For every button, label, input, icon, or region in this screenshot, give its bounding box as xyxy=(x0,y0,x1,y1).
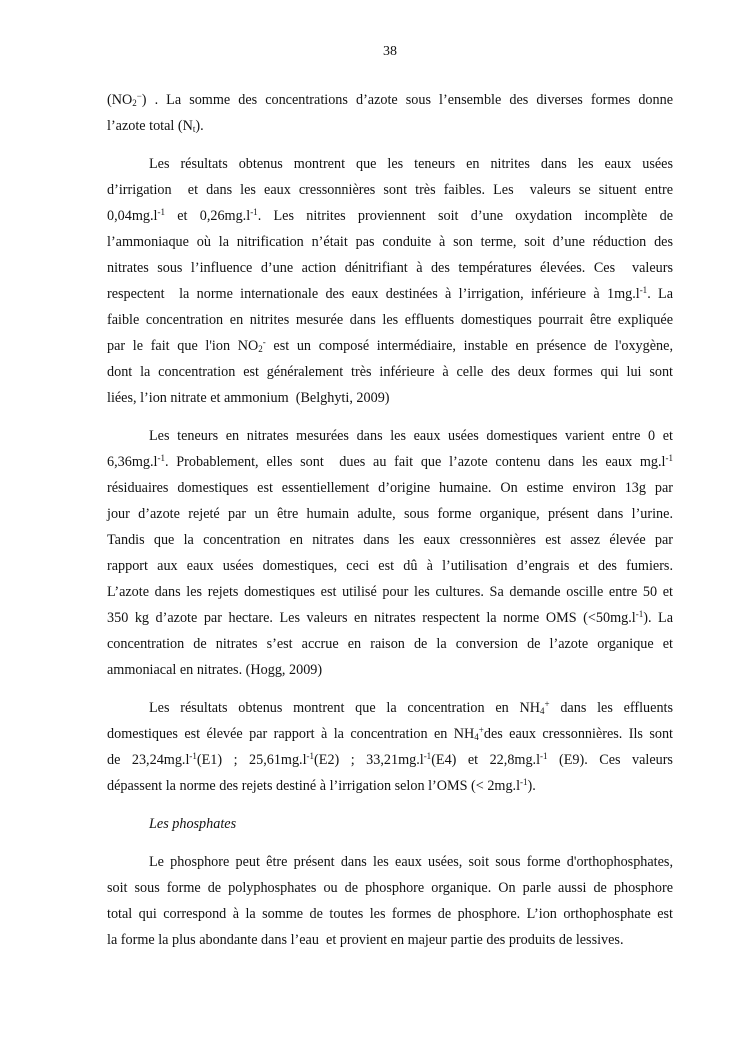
text-line: respectent la norme internationale des e… xyxy=(107,285,673,303)
text-line: jour d’azote rejeté par un être humain a… xyxy=(107,505,673,523)
text-line: concentration de nitrates s’est accrue e… xyxy=(107,635,673,653)
text-line: Le phosphore peut être présent dans les … xyxy=(149,853,673,871)
text-line: la forme la plus abondante dans l’eau et… xyxy=(107,931,673,949)
page-number: 38 xyxy=(0,44,745,60)
section-heading: Les phosphates xyxy=(149,815,673,833)
text-line: l’azote total (Nt). xyxy=(107,117,673,135)
text-line: ammoniacal en nitrates. (Hogg, 2009) xyxy=(107,661,673,679)
text-line: rapport aux eaux usées domestiques, ceci… xyxy=(107,557,673,575)
text-line: de 23,24mg.l-1(E1) ; 25,61mg.l-1(E2) ; 3… xyxy=(107,751,673,769)
text-line: Les teneurs en nitrates mesurées dans le… xyxy=(149,427,673,445)
text-line: l’ammoniaque où la nitrification n’était… xyxy=(107,233,673,251)
text-line: nitrates sous l’influence d’une action d… xyxy=(107,259,673,277)
text-line: résiduaires domestiques est essentiellem… xyxy=(107,479,673,497)
text-line: Tandis que la concentration en nitrates … xyxy=(107,531,673,549)
text-line: liées, l’ion nitrate et ammonium (Belghy… xyxy=(107,389,673,407)
text-line: L’azote dans les rejets domestiques est … xyxy=(107,583,673,601)
text-line: Les résultats obtenus montrent que les t… xyxy=(149,155,673,173)
text-line: (NO2−) . La somme des concentrations d’a… xyxy=(107,91,673,109)
text-line: Les résultats obtenus montrent que la co… xyxy=(149,699,673,717)
text-line: soit sous forme de polyphosphates ou de … xyxy=(107,879,673,897)
text-line: d’irrigation et dans les eaux cressonniè… xyxy=(107,181,673,199)
text-line: total qui correspond à la somme de toute… xyxy=(107,905,673,923)
text-line: 6,36mg.l-1. Probablement, elles sont due… xyxy=(107,453,673,471)
text-line: par le fait que l'ion NO2- est un compos… xyxy=(107,337,673,355)
text-line: faible concentration en nitrites mesurée… xyxy=(107,311,673,329)
text-line: dépassent la norme des rejets destiné à … xyxy=(107,777,673,795)
text-line: dont la concentration est généralement t… xyxy=(107,363,673,381)
text-line: 0,04mg.l-1 et 0,26mg.l-1. Les nitrites p… xyxy=(107,207,673,225)
text-line: 350 kg d’azote par hectare. Les valeurs … xyxy=(107,609,673,627)
text-line: domestiques est élevée par rapport à la … xyxy=(107,725,673,743)
